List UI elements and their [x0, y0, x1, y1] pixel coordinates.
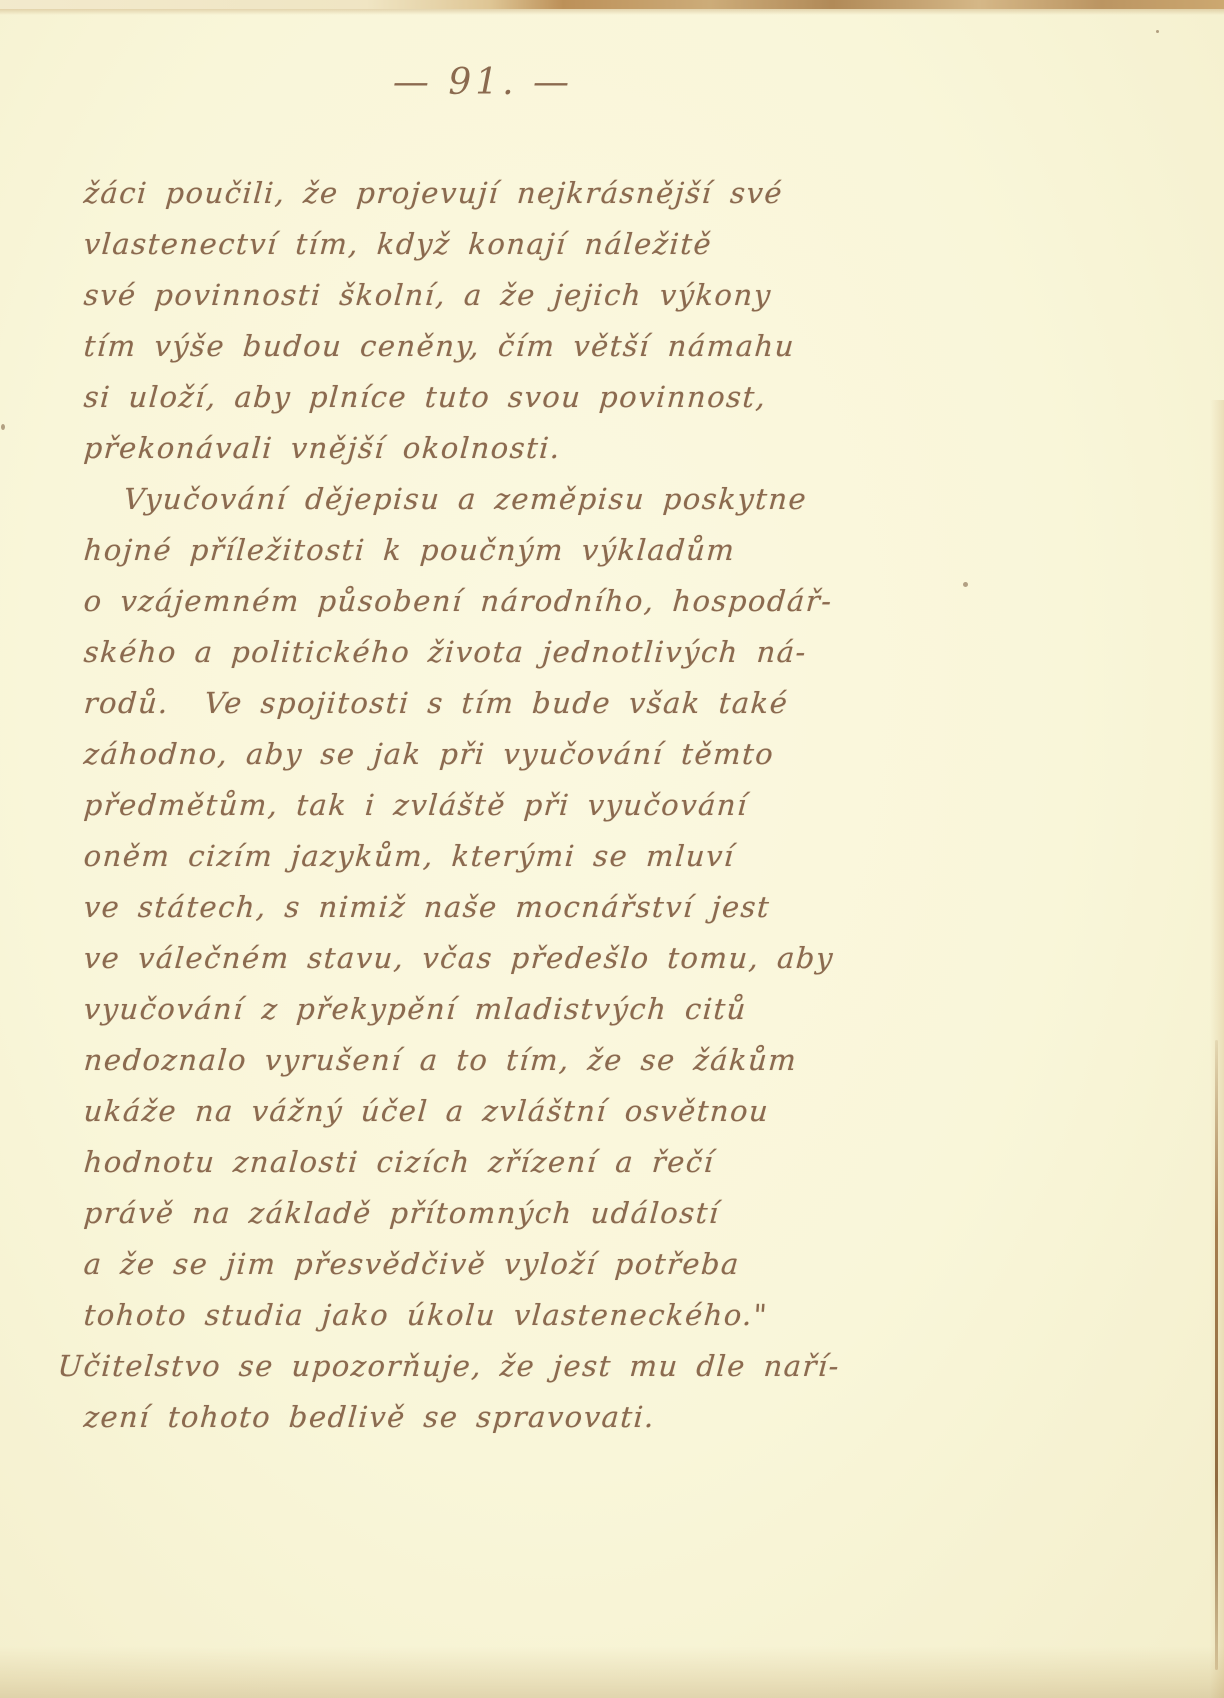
- text-line: tohoto studia jako úkolu vlasteneckého.": [82, 1290, 1098, 1341]
- text-line: překonávali vnější okolnosti.: [82, 423, 1098, 474]
- text-line: hodnotu znalosti cizích zřízení a řečí: [82, 1137, 1098, 1188]
- text-line-paragraph-start: Vyučování dějepisu a zeměpisu poskytne: [82, 474, 1098, 525]
- text-line: záhodno, aby se jak při vyučování těmto: [82, 729, 1098, 780]
- text-line: vlastenectví tím, když konají náležitě: [82, 219, 1098, 270]
- text-line: žáci poučili, že projevují nejkrásnější …: [82, 168, 1098, 219]
- text-line: vyučování z překypění mladistvých citů: [82, 984, 1098, 1035]
- top-page-edge: [0, 0, 1224, 9]
- right-page-edge: [1215, 1040, 1218, 1670]
- text-line: tím výše budou ceněny, čím větší námahu: [82, 321, 1098, 372]
- text-line: předmětům, tak i zvláště při vyučování: [82, 780, 1098, 831]
- manuscript-text: žáci poučili, že projevují nejkrásnější …: [82, 168, 1094, 1443]
- text-line: rodů. Ve spojitosti s tím bude však také: [82, 678, 1098, 729]
- bottom-page-edge: [0, 1646, 1224, 1698]
- ink-speck: [1, 424, 5, 430]
- text-line: si uloží, aby plníce tuto svou povinnost…: [82, 372, 1098, 423]
- ink-speck: [1156, 30, 1159, 33]
- text-line: nedoznalo vyrušení a to tím, že se žákům: [82, 1035, 1098, 1086]
- text-line: hojné příležitosti k poučným výkladům: [82, 525, 1098, 576]
- top-page-edge-shadow: [0, 9, 1224, 15]
- text-line: Učitelstvo se upozorňuje, že jest mu dle…: [56, 1341, 1098, 1392]
- text-line: zení tohoto bedlivě se spravovati.: [82, 1392, 1098, 1443]
- text-line: ve válečném stavu, včas předešlo tomu, a…: [82, 933, 1098, 984]
- manuscript-page-scan: { "colors": { "paper": "#f9f6d9", "ink":…: [0, 0, 1224, 1698]
- text-line: a že se jim přesvědčivě vyloží potřeba: [82, 1239, 1098, 1290]
- text-line: ukáže na vážný účel a zvláštní osvětnou: [82, 1086, 1098, 1137]
- text-line: o vzájemném působení národního, hospodář…: [82, 576, 1098, 627]
- page-number: — 91. —: [0, 62, 966, 103]
- text-line: právě na základě přítomných událostí: [82, 1188, 1098, 1239]
- text-line: ve státech, s nimiž naše mocnářství jest: [82, 882, 1098, 933]
- text-line: své povinnosti školní, a že jejich výkon…: [82, 270, 1098, 321]
- text-line: ského a politického života jednotlivých …: [82, 627, 1098, 678]
- text-line: oněm cizím jazykům, kterými se mluví: [82, 831, 1098, 882]
